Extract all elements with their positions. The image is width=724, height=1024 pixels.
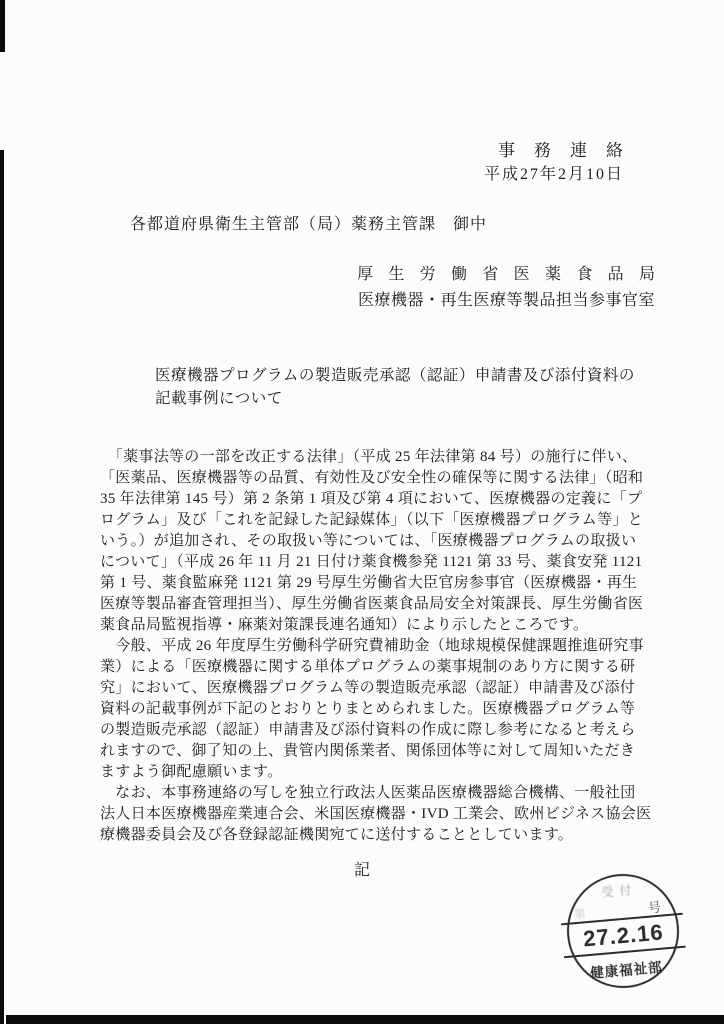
body-line: 法人日本医療機器産業連合会、米国医療機器・IVD 工業会、欧州ビジネス協会医 [100,804,640,825]
body-line: 薬食品局監視指導・麻薬対策課長連名通知）により示したところです。 [100,615,640,636]
body-line: 医療等製品審査管理担当）、厚生労働省医薬食品局安全対策課長、厚生労働省医 [100,594,640,615]
stamp-number-prefix: 第 [574,905,586,922]
stamp-date: 27.2.16 [582,919,664,952]
sender-office: 医療機器・再生医療等製品担当参事官室 [355,287,655,310]
scan-edge-left [0,150,4,1024]
body-line: の製造販売承認（認証）申請書及び添付資料の作成に際し参考になると考えら [100,720,640,741]
sender-organization: 厚生労働省医薬食品局 [357,261,655,284]
scanned-document-page: 事 務 連 絡 平成27年2月10日 各都道府県衛生主管部（局）薬務主管課 御中… [0,0,724,1024]
scan-edge-bottom [6,1015,724,1024]
scan-edge-left-top [0,0,5,52]
receipt-stamp: 受付 第 号 27.2.16 健康福祉部 [562,869,684,992]
body-line: いう。）が追加され、その取扱い等については、「医療機器プログラムの取扱い [100,531,640,552]
body-line: 業）による「医療機器に関する単体プログラムの薬事規制のあり方に関する研 [100,657,640,678]
body-line: 究」において、医療機器プログラム等の製造販売承認（認証）申請書及び添付 [100,678,640,699]
body-line: について」（平成 26 年 11 月 21 日付け薬食機参発 1121 第 33… [100,552,640,573]
document-title-line1: 医療機器プログラムの製造販売承認（認証）申請書及び添付資料の [155,364,635,387]
body-line: ますよう御配慮願います。 [100,762,640,783]
body-line: ログラム」及び「これを記録した記録媒体」（以下「医療機器プログラム等」と [100,510,640,531]
body-line: 35 年法律第 145 号）第 2 条第 1 項及び第 4 項において、医療機器… [100,489,640,510]
doc-type-label: 事 務 連 絡 [498,136,624,161]
body-line: れますので、御了知の上、貴管内関係業者、関係団体等に対して周知いただき [100,741,640,762]
body-line: 「薬事法等の一部を改正する法律」（平成 25 年法律第 84 号）の施行に伴い、 [100,447,640,468]
body-line: 資料の記載事例が下記のとおりとりまとめられました。医療機器プログラム等 [100,699,640,720]
body-line: なお、本事務連絡の写しを独立行政法人医薬品医療機器総合機構、一般社団 [100,783,640,804]
doc-date: 平成27年2月10日 [484,161,624,184]
document-title: 医療機器プログラムの製造販売承認（認証）申請書及び添付資料の 記載事例について [155,364,635,410]
body-line: 「医薬品、医療機器等の品質、有効性及び安全性の確保等に関する法律」（昭和 [100,468,640,489]
sender-block: 厚生労働省医薬食品局 医療機器・再生医療等製品担当参事官室 [355,261,655,310]
body-line: 療機器委員会及び各登録認証機関宛てに送付することとしています。 [100,825,640,846]
body-text: 「薬事法等の一部を改正する法律」（平成 25 年法律第 84 号）の施行に伴い、… [100,447,640,846]
body-line: 第 1 号、薬食監麻発 1121 第 29 号厚生労働省大臣官房参事官（医療機器… [100,573,640,594]
stamp-department: 健康福祉部 [572,954,681,983]
addressee-line: 各都道府県衛生主管部（局）薬務主管課 御中 [130,211,487,234]
body-line: 今般、平成 26 年度厚生労働科学研究費補助金（地球規模保健課題推進研究事 [100,636,640,657]
document-title-line2: 記載事例について [155,387,635,410]
